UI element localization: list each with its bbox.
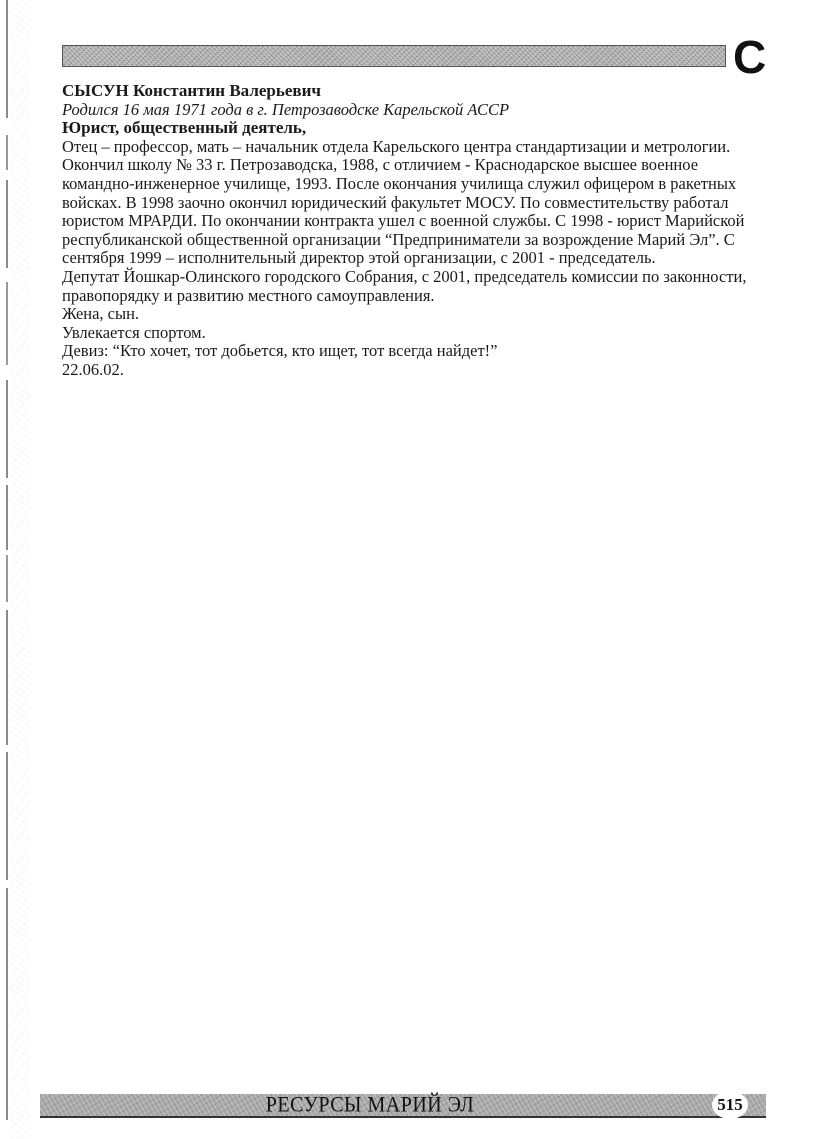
biography-paragraph-motto: Девиз: “Кто хочет, тот добьется, кто ище… <box>62 342 762 361</box>
person-name: СЫСУН Константин Валерьевич <box>62 82 762 101</box>
biography-paragraph-hobby: Увлекается спортом. <box>62 324 762 343</box>
header-decorative-bar <box>62 45 726 67</box>
section-letter: С <box>733 34 766 80</box>
biography-entry: СЫСУН Константин Валерьевич Родился 16 м… <box>62 82 762 380</box>
scan-edge-line <box>6 0 8 1139</box>
occupation: Юрист, общественный деятель, <box>62 119 762 138</box>
scan-edge-noise <box>10 0 30 1139</box>
biography-date: 22.06.02. <box>62 361 762 380</box>
birth-info: Родился 16 мая 1971 года в г. Петрозавод… <box>62 101 762 120</box>
biography-paragraph-deputy: Депутат Йошкар-Олинского городского Собр… <box>62 268 762 305</box>
biography-paragraph-career: Отец – профессор, мать – начальник отдел… <box>62 138 762 268</box>
biography-paragraph-family: Жена, сын. <box>62 305 762 324</box>
footer-publication-title: РЕСУРСЫ МАРИЙ ЭЛ <box>0 1093 740 1117</box>
page-number: 515 <box>712 1091 748 1119</box>
